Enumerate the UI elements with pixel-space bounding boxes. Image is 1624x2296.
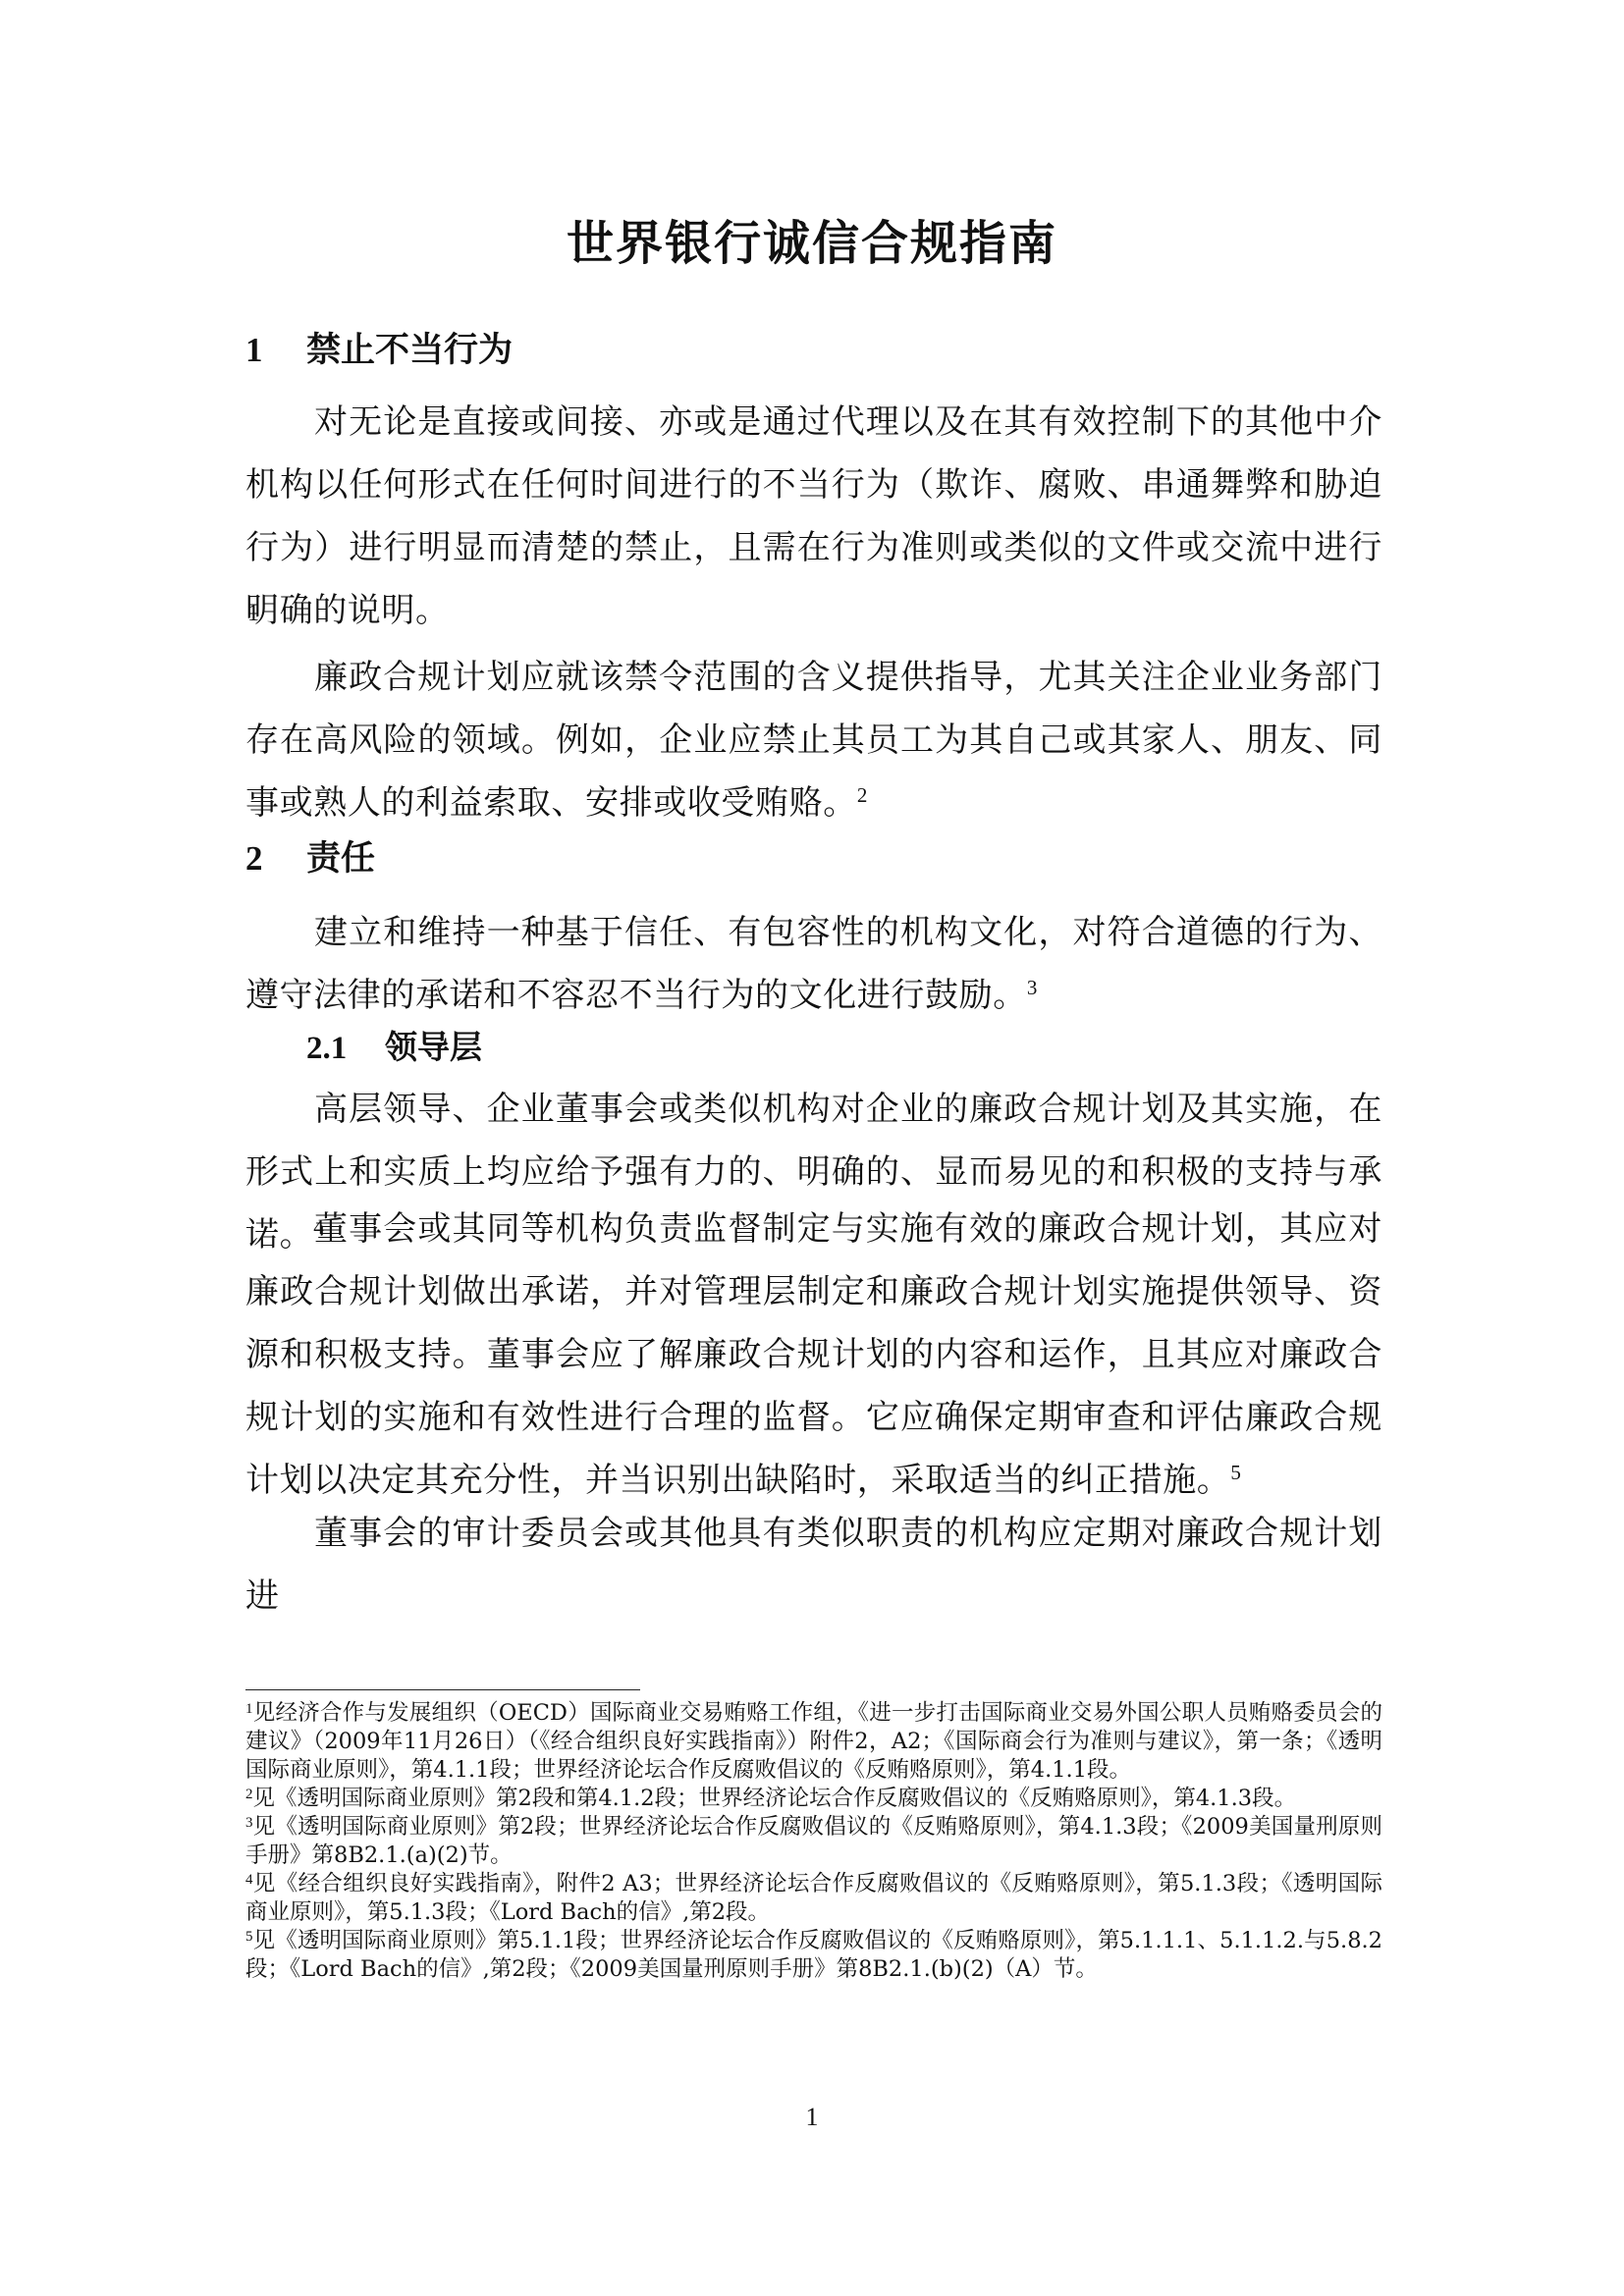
section-heading-1: 1禁止不当行为 [245,326,513,375]
footnote-reference[interactable]: 5 [1230,1461,1241,1484]
footnote-text: 见经济合作与发展组织（OECD）国际商业交易贿赂工作组，《进一步打击国际商业交易… [245,1700,1382,1783]
subsection-heading-2-1: 2.1领导层 [306,1023,482,1073]
subsection-title: 领导层 [385,1028,482,1066]
footnote-mark: 3 [245,1815,253,1831]
footnote-text: 见《透明国际商业原则》第2段和第4.1.2段；世界经济论坛合作反腐败倡议的《反贿… [253,1786,1297,1811]
footnote-5: 5见《透明国际商业原则》第5.1.1段；世界经济论坛合作反腐败倡议的《反贿赂原则… [245,1927,1382,1984]
footnote-reference[interactable]: 2 [857,783,868,807]
footnote-mark: 2 [245,1787,253,1802]
section-number: 1 [245,326,306,375]
paragraph-text: 建立和维持一种基于信任、有包容性的机构文化，对符合道德的行为、遵守法律的承诺和不… [245,913,1382,1015]
footnote-3: 3见《透明国际商业原则》第2段；世界经济论坛合作反腐败倡议的《反贿赂原则》，第4… [245,1813,1382,1870]
section-title: 禁止不当行为 [306,330,513,370]
paragraph-text: 廉政合规计划应就该禁令范围的含义提供指导，尤其关注企业业务部门存在高风险的领域。… [245,658,1382,823]
subsection-number: 2.1 [306,1024,385,1073]
paragraph-text: 董事会或其同等机构负责监督制定与实施有效的廉政合规计划，其应对廉政合规计划做出承… [245,1209,1382,1500]
footnote-text: 见《透明国际商业原则》第2段；世界经济论坛合作反腐败倡议的《反贿赂原则》，第4.… [245,1814,1382,1868]
footnote-text: 见《透明国际商业原则》第5.1.1段；世界经济论坛合作反腐败倡议的《反贿赂原则》… [245,1928,1382,1982]
footnote-text: 见《经合组织良好实践指南》，附件2 A3；世界经济论坛合作反腐败倡议的《反贿赂原… [245,1871,1382,1925]
paragraph-text: 董事会的审计委员会或其他具有类似职责的机构应定期对廉政合规计划进 [245,1514,1382,1616]
footnote-mark: 5 [245,1929,253,1945]
paragraph-prohibition: 对无论是直接或间接、亦或是通过代理以及在其有效控制下的其他中介机构以任何形式在任… [245,391,1382,642]
paragraph-culture: 建立和维持一种基于信任、有包容性的机构文化，对符合道德的行为、遵守法律的承诺和不… [245,901,1382,1027]
footnote-2: 2见《透明国际商业原则》第2段和第4.1.2段；世界经济论坛合作反腐败倡议的《反… [245,1785,1382,1813]
paragraph-audit-committee: 董事会的审计委员会或其他具有类似职责的机构应定期对廉政合规计划进 [245,1502,1382,1628]
paragraph-guidance: 廉政合规计划应就该禁令范围的含义提供指导，尤其关注企业业务部门存在高风险的领域。… [245,646,1382,834]
footnote-1: 1见经济合作与发展组织（OECD）国际商业交易贿赂工作组，《进一步打击国际商业交… [245,1699,1382,1785]
paragraph-board-oversight: 董事会或其同等机构负责监督制定与实施有效的廉政合规计划，其应对廉政合规计划做出承… [245,1198,1382,1512]
section-title: 责任 [306,838,375,879]
footnotes: 1见经济合作与发展组织（OECD）国际商业交易贿赂工作组，《进一步打击国际商业交… [245,1699,1382,1984]
footnote-separator [245,1689,640,1690]
footnote-reference[interactable]: 3 [1027,976,1038,999]
footnote-reference[interactable]: 1 [247,601,259,627]
section-number: 2 [245,834,306,883]
footnote-mark: 4 [245,1872,253,1888]
page-number: 1 [0,2103,1624,2132]
footnote-4: 4见《经合组织良好实践指南》，附件2 A3；世界经济论坛合作反腐败倡议的《反贿赂… [245,1870,1382,1927]
section-heading-2: 2责任 [245,834,375,883]
document-page: 世界银行诚信合规指南 1禁止不当行为 对无论是直接或间接、亦或是通过代理以及在其… [0,0,1624,2296]
document-title: 世界银行诚信合规指南 [0,214,1624,273]
paragraph-text: 对无论是直接或间接、亦或是通过代理以及在其有效控制下的其他中介机构以任何形式在任… [245,402,1382,630]
footnote-mark: 1 [245,1701,253,1717]
